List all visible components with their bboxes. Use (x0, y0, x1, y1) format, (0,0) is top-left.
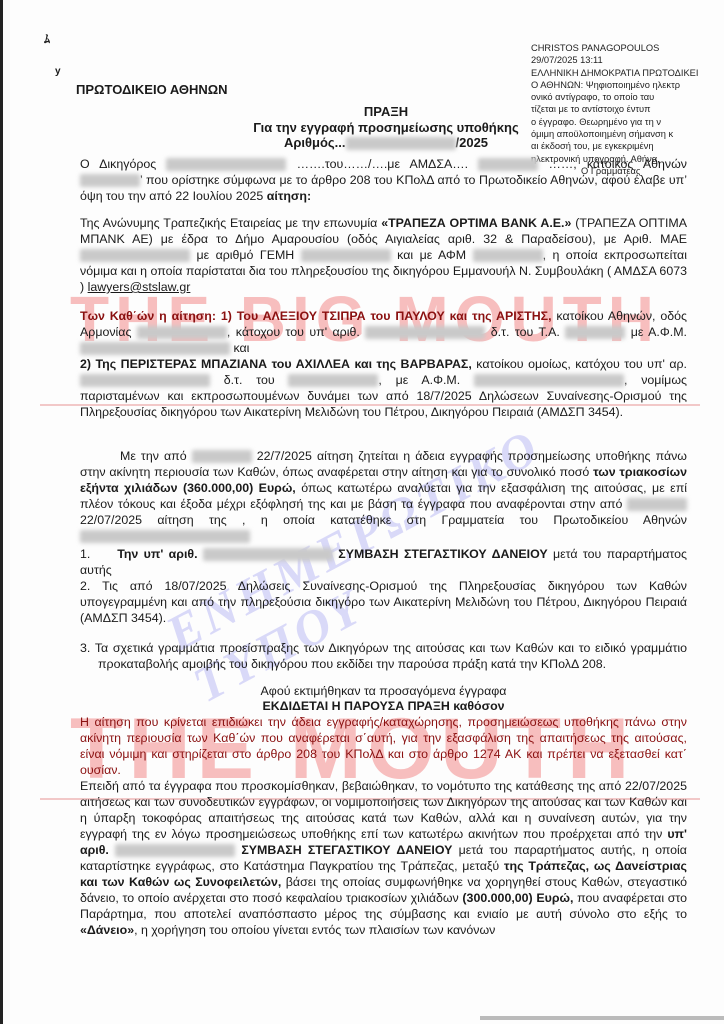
text: , με Α.Φ.Μ. (378, 373, 460, 387)
bank-name: «ΤΡΑΠΕΖΑ OPTIMA BANK A.E.» (381, 216, 571, 230)
redaction (627, 498, 687, 511)
stamp-line: Ο ΑΘΗΝΩΝ: Ψηφιοποιημένο ηλεκτρ (531, 79, 721, 91)
text: με αριθμό ΓΕΜΗ (196, 248, 294, 262)
redaction (346, 137, 456, 150)
text: …….του……/….με ΑΜΔΣΑ…. (297, 157, 468, 171)
redaction (478, 158, 538, 171)
number-prefix: Αριθμός... (284, 135, 346, 150)
redaction (80, 249, 190, 262)
text: «Δάνειο» (80, 923, 134, 937)
text: 22/07/2025 αίτηση της , η οποία κατατέθη… (80, 513, 687, 527)
text: δ.τ. του Τ.Α. (491, 325, 560, 339)
applicant-paragraph: Της Ανώνυμης Τραπεζικής Εταιρείας με την… (80, 215, 687, 295)
text: Της Ανώνυμης Τραπεζικής Εταιρείας με την… (80, 216, 377, 230)
text: ΣΥΜΒΑΣΗ ΣΤΕΓΑΣΤΙΚΟΥ ΔΑΝΕΙΟΥ (241, 843, 452, 857)
item-number: 3. (80, 641, 90, 655)
documents-list: 1. Την υπ' αριθ. ΣΥΜΒΑΣΗ ΣΤΕΓΑΣΤΙΚΟΥ ΔΑΝ… (80, 546, 687, 672)
text: αίτηση: (267, 189, 311, 203)
text: Επειδή από τα έγγραφα που προσκομίσθηκαν… (80, 779, 687, 841)
reasoning-paragraph-2: Επειδή από τα έγγραφα που προσκομίσθηκαν… (80, 778, 687, 938)
intro-paragraph: Ο Δικηγόρος …….του……/….με ΑΜΔΣΑ…. ……, κά… (80, 156, 687, 204)
number-suffix: /2025 (456, 135, 489, 150)
text: ’ που ορίστηκε σύμφωνα με το άρθρο 208 τ… (80, 173, 687, 203)
stamp-line: ΕΛΛΗΝΙΚΗ ΔΗΜΟΚΡΑΤΙΑ ΠΡΩΤΟΔΙΚΕΙ (531, 67, 721, 79)
reasoning-paragraph-1: Η αίτηση που κρίνεται επιδιώκει την άδει… (80, 714, 687, 778)
doc-number: Αριθμός.../2025 (24, 135, 724, 150)
text: Η αίτηση που κρίνεται επιδιώκει την άδει… (80, 715, 687, 777)
scan-edge (0, 0, 3, 1024)
document-page: ﾑ y THE BIG MOUTH THE MOUTH ΕΝΗΜΕΡΩΤΙΚΟ … (0, 0, 724, 1024)
doc-subtitle: Για την εγγραφή προσημείωσης υποθήκης (24, 120, 724, 135)
text: κατοίκου ομοίως, κατόχου του υπ' αρ. (476, 357, 687, 371)
redaction (80, 374, 210, 387)
item-number: 2. (80, 579, 90, 593)
request-paragraph: Με την από 22/7/2025 αίτηση ζητείται η ά… (80, 448, 687, 544)
assessed-line: Αφού εκτιμήθηκαν τα προσαγόμενα έγγραφα (80, 683, 687, 699)
corner-mark: ﾑ (44, 30, 50, 47)
text: Την υπ' αριθ. (117, 547, 197, 561)
redaction (203, 548, 333, 561)
redaction (365, 326, 485, 339)
redaction (474, 374, 624, 387)
court-name: ΠΡΩΤΟΔΙΚΕΙΟ ΑΘΗΝΩΝ (76, 82, 228, 97)
redaction (192, 450, 252, 463)
respondent-2: 2) Της ΠΕΡΙΣΤΕΡΑΣ ΜΠΑΖΙΑΝΑ του ΑΧΙΛΛΕΑ κ… (80, 357, 472, 371)
redaction (473, 249, 543, 262)
stamp-line: CHRISTOS PANAGOPOULOS (531, 42, 721, 54)
list-item: 3. Τα σχετικά γραμμάτια προείσπραξης των… (80, 640, 687, 672)
redaction (288, 374, 378, 387)
text: (300.000,00) Ευρώ, (462, 891, 573, 905)
text: 18/07/2025 Δηλώσεις Συναίνεσης-Ορισμού τ… (80, 579, 687, 625)
text: Ο Δικηγόρος (80, 157, 156, 171)
scan-artifact (480, 1016, 724, 1020)
text: , η χορήγηση του οποίου γίνεται εντός τω… (134, 923, 495, 937)
text: ……, κάτοικος Αθηνών (548, 157, 687, 171)
redaction (115, 844, 235, 857)
doc-title: ΠΡΑΞΗ (24, 104, 724, 119)
text: και με ΑΦΜ (397, 248, 466, 262)
redaction (137, 326, 227, 339)
text: με Α.Φ.Μ. (631, 325, 687, 339)
list-item: 2. Τις από 18/07/2025 Δηλώσεις Συναίνεση… (80, 578, 687, 626)
stamp-line: ονικό αντίγραφο, το οποίο ταυ (531, 91, 721, 103)
redaction (301, 249, 391, 262)
email-link[interactable]: lawyers@stslaw.gr (88, 280, 191, 294)
text: ΣΥΜΒΑΣΗ ΣΤΕΓΑΣΤΙΚΟΥ ΔΑΝΕΙΟΥ (338, 547, 547, 561)
redaction (166, 158, 286, 171)
respondents-paragraph: Των Καθ΄ών η αίτηση: 1) Του ΑΛΕΞΙΟΥ ΤΣΙΠ… (80, 308, 687, 420)
redaction (80, 174, 140, 187)
stamp-line: 29/07/2025 13:11 (531, 54, 721, 66)
redaction (565, 326, 625, 339)
text: δ.τ. του (224, 373, 275, 387)
text: Τις από (102, 579, 152, 593)
list-item: 1. Την υπ' αριθ. ΣΥΜΒΑΣΗ ΣΤΕΓΑΣΤΙΚΟΥ ΔΑΝ… (80, 546, 687, 578)
item-number: 1. (80, 547, 90, 561)
text: Τα σχετικά γραμμάτια προείσπραξης των Δι… (95, 641, 687, 671)
text: , κάτοχου του υπ' αριθ. (227, 325, 360, 339)
redaction (80, 342, 230, 355)
respondent-1: Των Καθ΄ών η αίτηση: 1) Του ΑΛΕΞΙΟΥ ΤΣΙΠ… (80, 309, 552, 323)
redaction (80, 530, 250, 543)
issued-heading: ΕΚΔΙΔΕΤΑΙ Η ΠΑΡΟΥΣΑ ΠΡΑΞΗ καθόσον (80, 698, 687, 714)
text: και (233, 341, 249, 355)
text: Με την από (120, 449, 187, 463)
corner-mark-small: y (55, 66, 61, 77)
